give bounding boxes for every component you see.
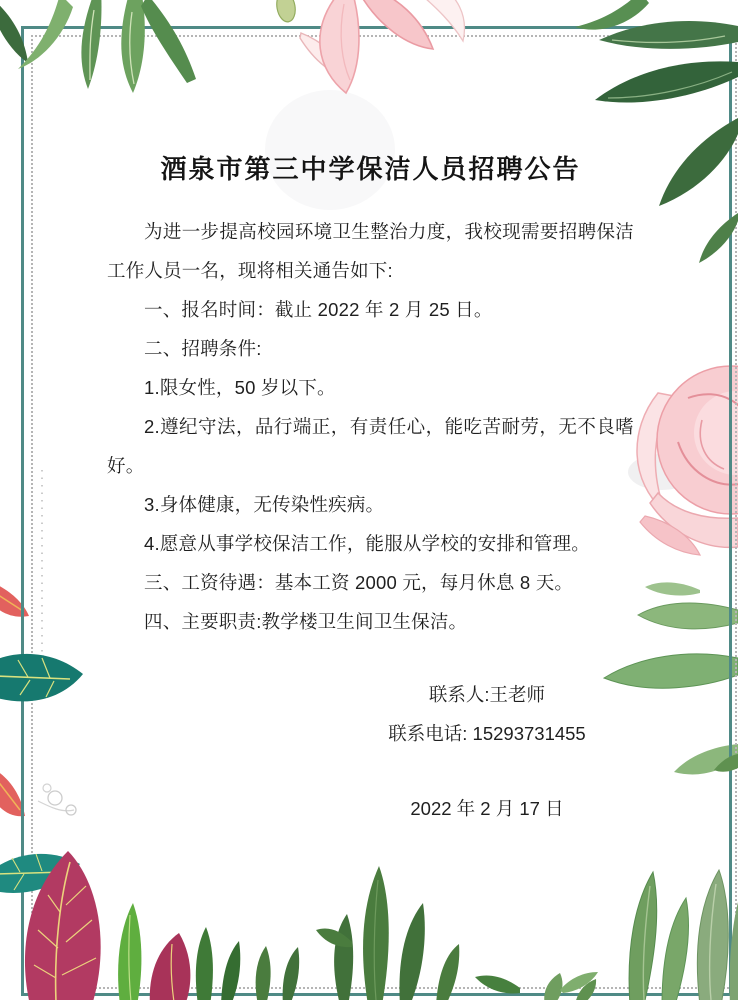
paragraph-deadline: 一、报名时间：截止 2022 年 2 月 25 日。 [107, 290, 634, 329]
bottom-center-grass-icon [196, 866, 459, 1000]
bottom-left-leaves-icon [0, 851, 190, 1000]
top-left-leaves-icon [0, 0, 196, 93]
paragraph-condition-1: 1.限女性，50 岁以下。 [107, 368, 634, 407]
rose-flower-icon [628, 366, 738, 555]
paragraph-salary: 三、工资待遇：基本工资 2000 元，每月休息 8 天。 [107, 563, 634, 602]
page-title: 酒泉市第三中学保洁人员招聘公告 [107, 150, 634, 190]
contact-person: 联系人:王老师 [317, 675, 657, 714]
contact-block: 联系人:王老师 联系电话: 15293731455 2022 年 2 月 17 … [317, 675, 657, 828]
contact-phone: 联系电话: 15293731455 [317, 714, 657, 753]
notice-document: 酒泉市第三中学保洁人员招聘公告 为进一步提高校园环境卫生整治力度，我校现需要招聘… [107, 150, 634, 828]
doodle-circles-icon [38, 784, 76, 815]
paragraph-condition-4: 4.愿意从事学校保洁工作，能服从学校的安排和管理。 [107, 524, 634, 563]
notice-date: 2022 年 2 月 17 日 [317, 789, 657, 828]
paragraph-condition-3: 3.身体健康，无传染性疾病。 [107, 485, 634, 524]
paragraph-conditions-heading: 二、招聘条件: [107, 329, 634, 368]
paragraph-condition-2: 2.遵纪守法，品行端正，有责任心，能吃苦耐劳，无不良嗜好。 [107, 407, 634, 485]
left-teal-leaf-icon [0, 654, 83, 702]
paragraph-duties: 四、主要职责:教学楼卫生间卫生保洁。 [107, 602, 634, 641]
paragraph-intro: 为进一步提高校园环境卫生整治力度，我校现需要招聘保洁工作人员一名，现将相关通告如… [107, 212, 634, 290]
left-coral-leaves-icon [0, 583, 29, 816]
